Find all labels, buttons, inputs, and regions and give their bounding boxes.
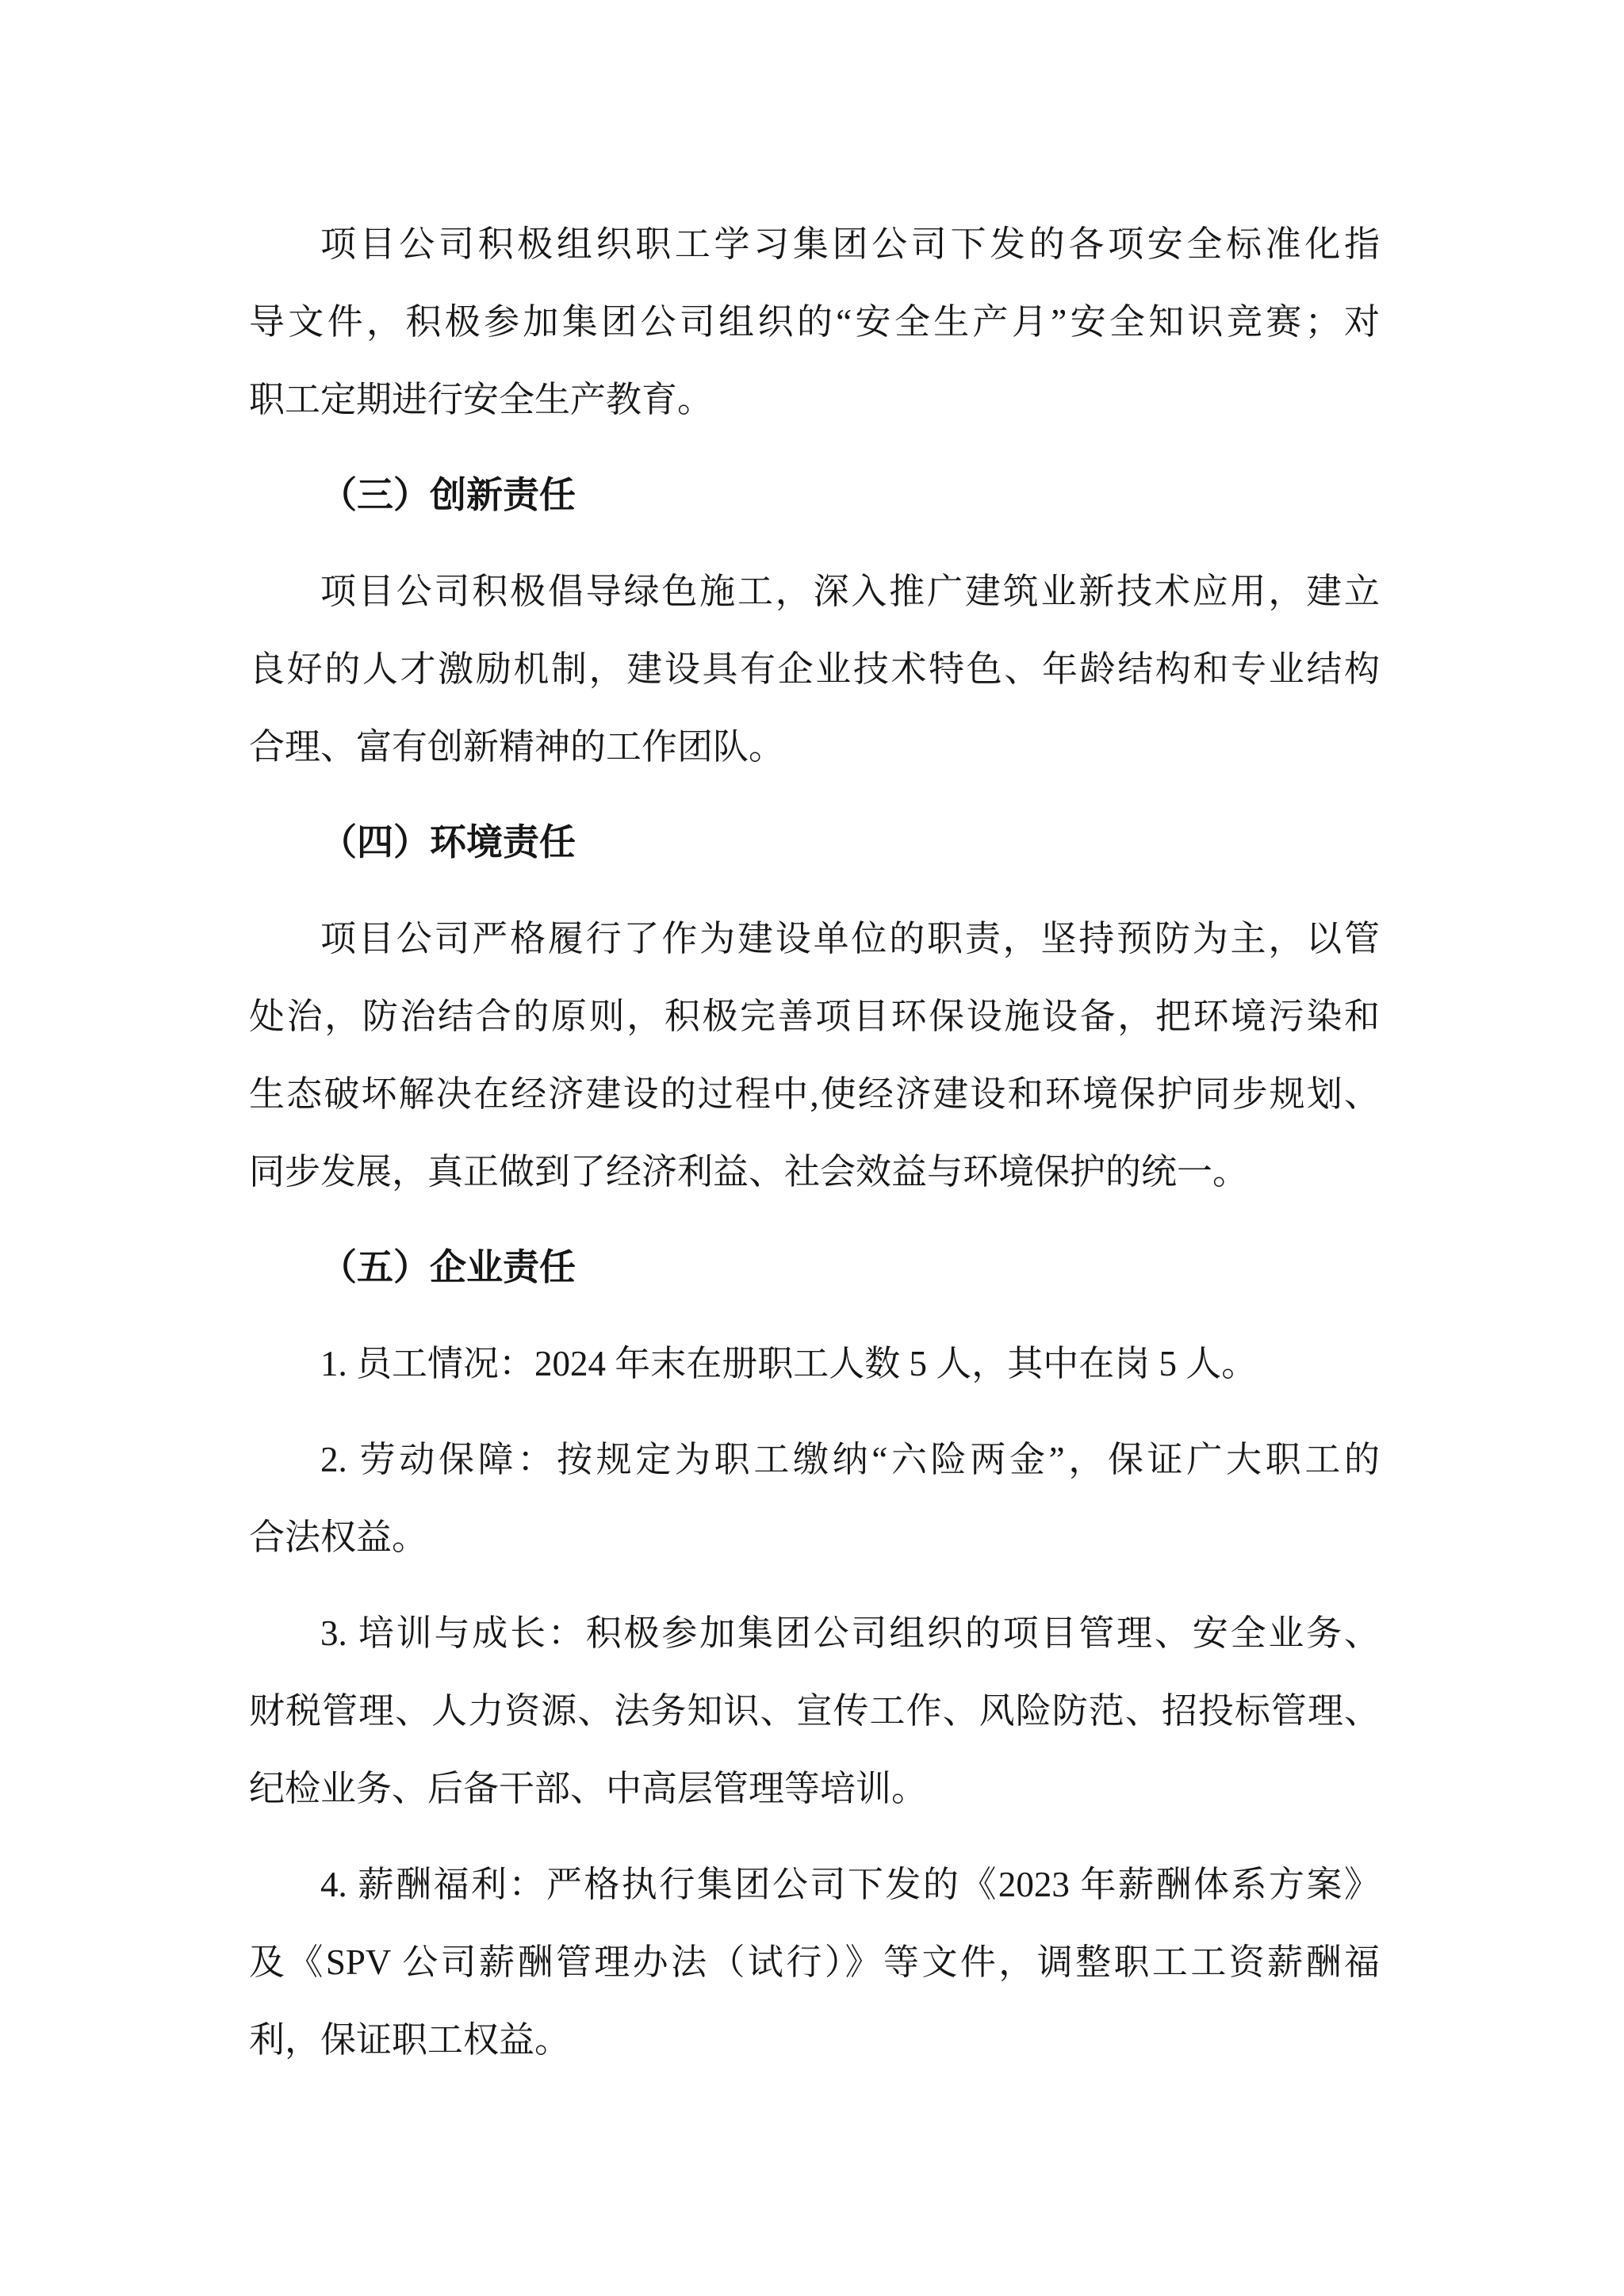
document-page: 项目公司积极组织职工学习集团公司下发的各项安全标准化指 导文件，积极参加集团公司… (0, 0, 1624, 2296)
paragraph-line: 项目公司积极组织职工学习集团公司下发的各项安全标准化指 (249, 205, 1380, 283)
section-heading-environment: （四）环境责任 (249, 804, 1380, 882)
paragraph-line: 项目公司积极倡导绿色施工，深入推广建筑业新技术应用，建立 (249, 553, 1380, 630)
paragraph-line: 良好的人才激励机制，建设具有企业技术特色、年龄结构和专业结构 (249, 630, 1380, 708)
item-labor-security: 2. 劳动保障：按规定为职工缴纳“六险两金”，保证广大职工的 合法权益。 (249, 1421, 1380, 1576)
paragraph-line: 职工定期进行安全生产教育。 (249, 361, 1380, 438)
section-heading-enterprise: （五）企业责任 (249, 1229, 1380, 1307)
paragraph-innovation: 项目公司积极倡导绿色施工，深入推广建筑业新技术应用，建立 良好的人才激励机制，建… (249, 553, 1380, 786)
paragraph-line: 导文件，积极参加集团公司组织的“安全生产月”安全知识竞赛；对 (249, 283, 1380, 361)
paragraph-line: 纪检业务、后备干部、中高层管理等培训。 (249, 1750, 1380, 1827)
paragraph-line: 利，保证职工权益。 (249, 2001, 1380, 2079)
heading-text: （五）企业责任 (249, 1229, 1380, 1307)
paragraph-line: 及《SPV 公司薪酬管理办法（试行）》等文件，调整职工工资薪酬福 (249, 1923, 1380, 2001)
paragraph-safety-education: 项目公司积极组织职工学习集团公司下发的各项安全标准化指 导文件，积极参加集团公司… (249, 205, 1380, 438)
heading-text: （三）创新责任 (249, 457, 1380, 534)
paragraph-line: 生态破坏解决在经济建设的过程中,使经济建设和环境保护同步规划、 (249, 1055, 1380, 1133)
item-compensation-welfare: 4. 薪酬福利：严格执行集团公司下发的《2023 年薪酬体系方案》 及《SPV … (249, 1846, 1380, 2079)
paragraph-line: 3. 培训与成长：积极参加集团公司组织的项目管理、安全业务、 (249, 1594, 1380, 1672)
heading-text: （四）环境责任 (249, 804, 1380, 882)
paragraph-line: 同步发展，真正做到了经济利益、社会效益与环境保护的统一。 (249, 1133, 1380, 1211)
paragraph-line: 财税管理、人力资源、法务知识、宣传工作、风险防范、招投标管理、 (249, 1672, 1380, 1750)
item-training-growth: 3. 培训与成长：积极参加集团公司组织的项目管理、安全业务、 财税管理、人力资源… (249, 1594, 1380, 1827)
paragraph-line: 4. 薪酬福利：严格执行集团公司下发的《2023 年薪酬体系方案》 (249, 1846, 1380, 1923)
section-heading-innovation: （三）创新责任 (249, 457, 1380, 534)
paragraph-line: 合理、富有创新精神的工作团队。 (249, 708, 1380, 786)
paragraph-line: 2. 劳动保障：按规定为职工缴纳“六险两金”，保证广大职工的 (249, 1421, 1380, 1498)
paragraph-line: 1. 员工情况：2024 年末在册职工人数 5 人，其中在岗 5 人。 (249, 1325, 1380, 1402)
item-employee-status: 1. 员工情况：2024 年末在册职工人数 5 人，其中在岗 5 人。 (249, 1325, 1380, 1402)
paragraph-line: 合法权益。 (249, 1498, 1380, 1576)
paragraph-environment: 项目公司严格履行了作为建设单位的职责，坚持预防为主，以管 处治，防治结合的原则，… (249, 900, 1380, 1211)
paragraph-line: 项目公司严格履行了作为建设单位的职责，坚持预防为主，以管 (249, 900, 1380, 978)
paragraph-line: 处治，防治结合的原则，积极完善项目环保设施设备，把环境污染和 (249, 978, 1380, 1055)
